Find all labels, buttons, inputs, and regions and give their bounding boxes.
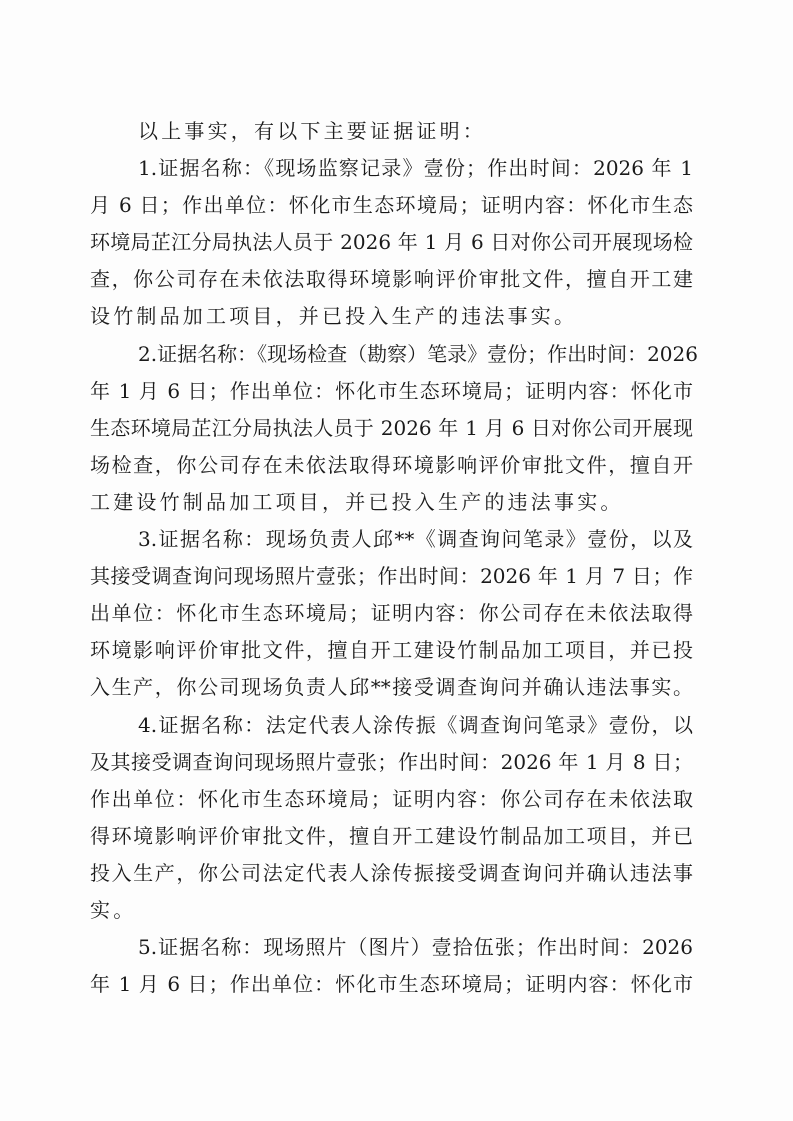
paragraph-first-line: 1.证据名称：《现场监察记录》壹份；作出时间：2026 年 1 [90, 150, 693, 187]
paragraph-line: 及其接受调查询问现场照片壹张；作出时间：2026 年 1 月 8 日； [90, 744, 693, 781]
paragraph-line: 年 1 月 6 日；作出单位：怀化市生态环境局；证明内容：怀化市 [90, 966, 693, 1003]
paragraph-line: 投入生产，你公司法定代表人涂传振接受调查询问并确认违法事 [90, 855, 693, 892]
evidence-list-body: 以上事实，有以下主要证据证明：1.证据名称：《现场监察记录》壹份；作出时间：20… [90, 113, 693, 1003]
document-page: 以上事实，有以下主要证据证明：1.证据名称：《现场监察记录》壹份；作出时间：20… [0, 0, 793, 1121]
paragraph-line: 查，你公司存在未依法取得环境影响评价审批文件，擅自开工建 [90, 261, 693, 298]
paragraph-first-line: 4.证据名称：法定代表人涂传振《调查询问笔录》壹份，以 [90, 707, 693, 744]
paragraph-line: 设竹制品加工项目，并已投入生产的违法事实。 [90, 298, 693, 335]
paragraph-line: 出单位：怀化市生态环境局；证明内容：你公司存在未依法取得 [90, 595, 693, 632]
paragraph-line: 入生产，你公司现场负责人邱**接受调查询问并确认违法事实。 [90, 669, 693, 706]
paragraph-first-line: 2.证据名称：《现场检查（勘察）笔录》壹份；作出时间：2026 [90, 336, 693, 373]
paragraph-line: 场检查，你公司存在未依法取得环境影响评价审批文件，擅自开 [90, 447, 693, 484]
paragraph-line: 工建设竹制品加工项目，并已投入生产的违法事实。 [90, 484, 693, 521]
paragraph-line: 实。 [90, 892, 693, 929]
paragraph-line: 作出单位：怀化市生态环境局；证明内容：你公司存在未依法取 [90, 781, 693, 818]
paragraph-line: 环境影响评价审批文件，擅自开工建设竹制品加工项目，并已投 [90, 632, 693, 669]
paragraph-first-line: 以上事实，有以下主要证据证明： [90, 113, 693, 150]
paragraph-first-line: 5.证据名称：现场照片（图片）壹拾伍张；作出时间：2026 [90, 929, 693, 966]
paragraph-first-line: 3.证据名称：现场负责人邱**《调查询问笔录》壹份，以及 [90, 521, 693, 558]
paragraph-line: 其接受调查询问现场照片壹张；作出时间：2026 年 1 月 7 日；作 [90, 558, 693, 595]
paragraph-line: 得环境影响评价审批文件，擅自开工建设竹制品加工项目，并已 [90, 818, 693, 855]
paragraph-line: 年 1 月 6 日；作出单位：怀化市生态环境局；证明内容：怀化市 [90, 373, 693, 410]
paragraph-line: 生态环境局芷江分局执法人员于 2026 年 1 月 6 日对你公司开展现 [90, 410, 693, 447]
paragraph-line: 环境局芷江分局执法人员于 2026 年 1 月 6 日对你公司开展现场检 [90, 224, 693, 261]
paragraph-line: 月 6 日；作出单位：怀化市生态环境局；证明内容：怀化市生态 [90, 187, 693, 224]
